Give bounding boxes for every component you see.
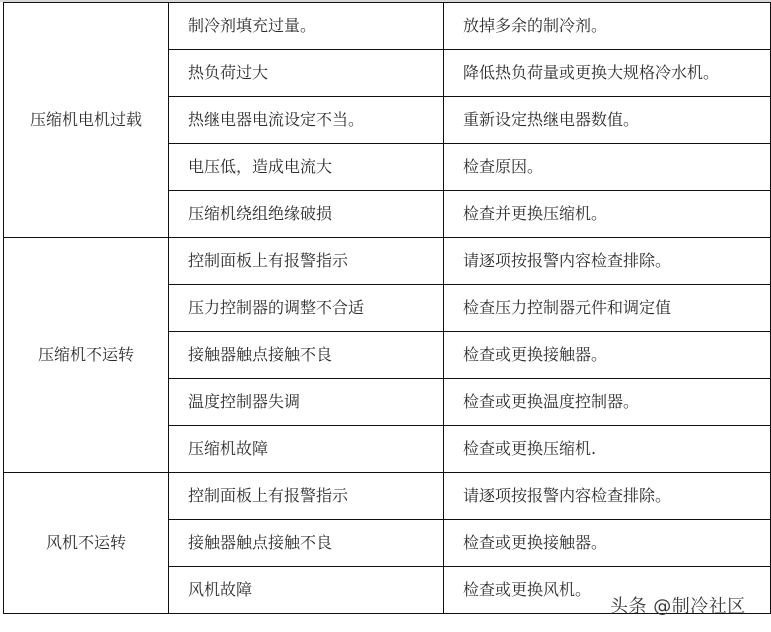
cause-cell: 电压低，造成电流大 — [169, 144, 444, 191]
fault-cell: 风机不运转 — [4, 473, 169, 614]
remedy-cell: 请逐项按报警内容检查排除。 — [444, 238, 771, 285]
table-row: 压缩机不运转 控制面板上有报警指示 请逐项按报警内容检查排除。 — [4, 238, 771, 285]
cause-cell: 压力控制器的调整不合适 — [169, 285, 444, 332]
fault-troubleshooting-table: 压缩机电机过载 制冷剂填充过量。 放掉多余的制冷剂。 热负荷过大 降低热负荷量或… — [3, 2, 771, 614]
table-row: 风机不运转 控制面板上有报警指示 请逐项按报警内容检查排除。 — [4, 473, 771, 520]
cause-cell: 控制面板上有报警指示 — [169, 473, 444, 520]
remedy-cell: 检查或更换接触器。 — [444, 332, 771, 379]
remedy-cell: 放掉多余的制冷剂。 — [444, 3, 771, 50]
remedy-cell: 检查或更换压缩机. — [444, 426, 771, 473]
cause-cell: 温度控制器失调 — [169, 379, 444, 426]
cause-cell: 接触器触点接触不良 — [169, 520, 444, 567]
remedy-cell: 降低热负荷量或更换大规格冷水机。 — [444, 50, 771, 97]
cause-cell: 制冷剂填充过量。 — [169, 3, 444, 50]
cause-cell: 风机故障 — [169, 567, 444, 614]
remedy-cell: 重新设定热继电器数值。 — [444, 97, 771, 144]
cause-cell: 接触器触点接触不良 — [169, 332, 444, 379]
remedy-cell: 检查或更换温度控制器。 — [444, 379, 771, 426]
remedy-cell: 请逐项按报警内容检查排除。 — [444, 473, 771, 520]
remedy-cell: 检查原因。 — [444, 144, 771, 191]
fault-cell: 压缩机不运转 — [4, 238, 169, 473]
table-row: 压缩机电机过载 制冷剂填充过量。 放掉多余的制冷剂。 — [4, 3, 771, 50]
fault-cell: 压缩机电机过载 — [4, 3, 169, 238]
cause-cell: 控制面板上有报警指示 — [169, 238, 444, 285]
cause-cell: 压缩机故障 — [169, 426, 444, 473]
watermark: 头条 @制冷社区 — [610, 592, 746, 618]
remedy-cell: 检查压力控制器元件和调定值 — [444, 285, 771, 332]
cause-cell: 热继电器电流设定不当。 — [169, 97, 444, 144]
cause-cell: 压缩机绕组绝缘破损 — [169, 191, 444, 238]
remedy-cell: 检查并更换压缩机。 — [444, 191, 771, 238]
remedy-cell: 检查或更换接触器。 — [444, 520, 771, 567]
cause-cell: 热负荷过大 — [169, 50, 444, 97]
